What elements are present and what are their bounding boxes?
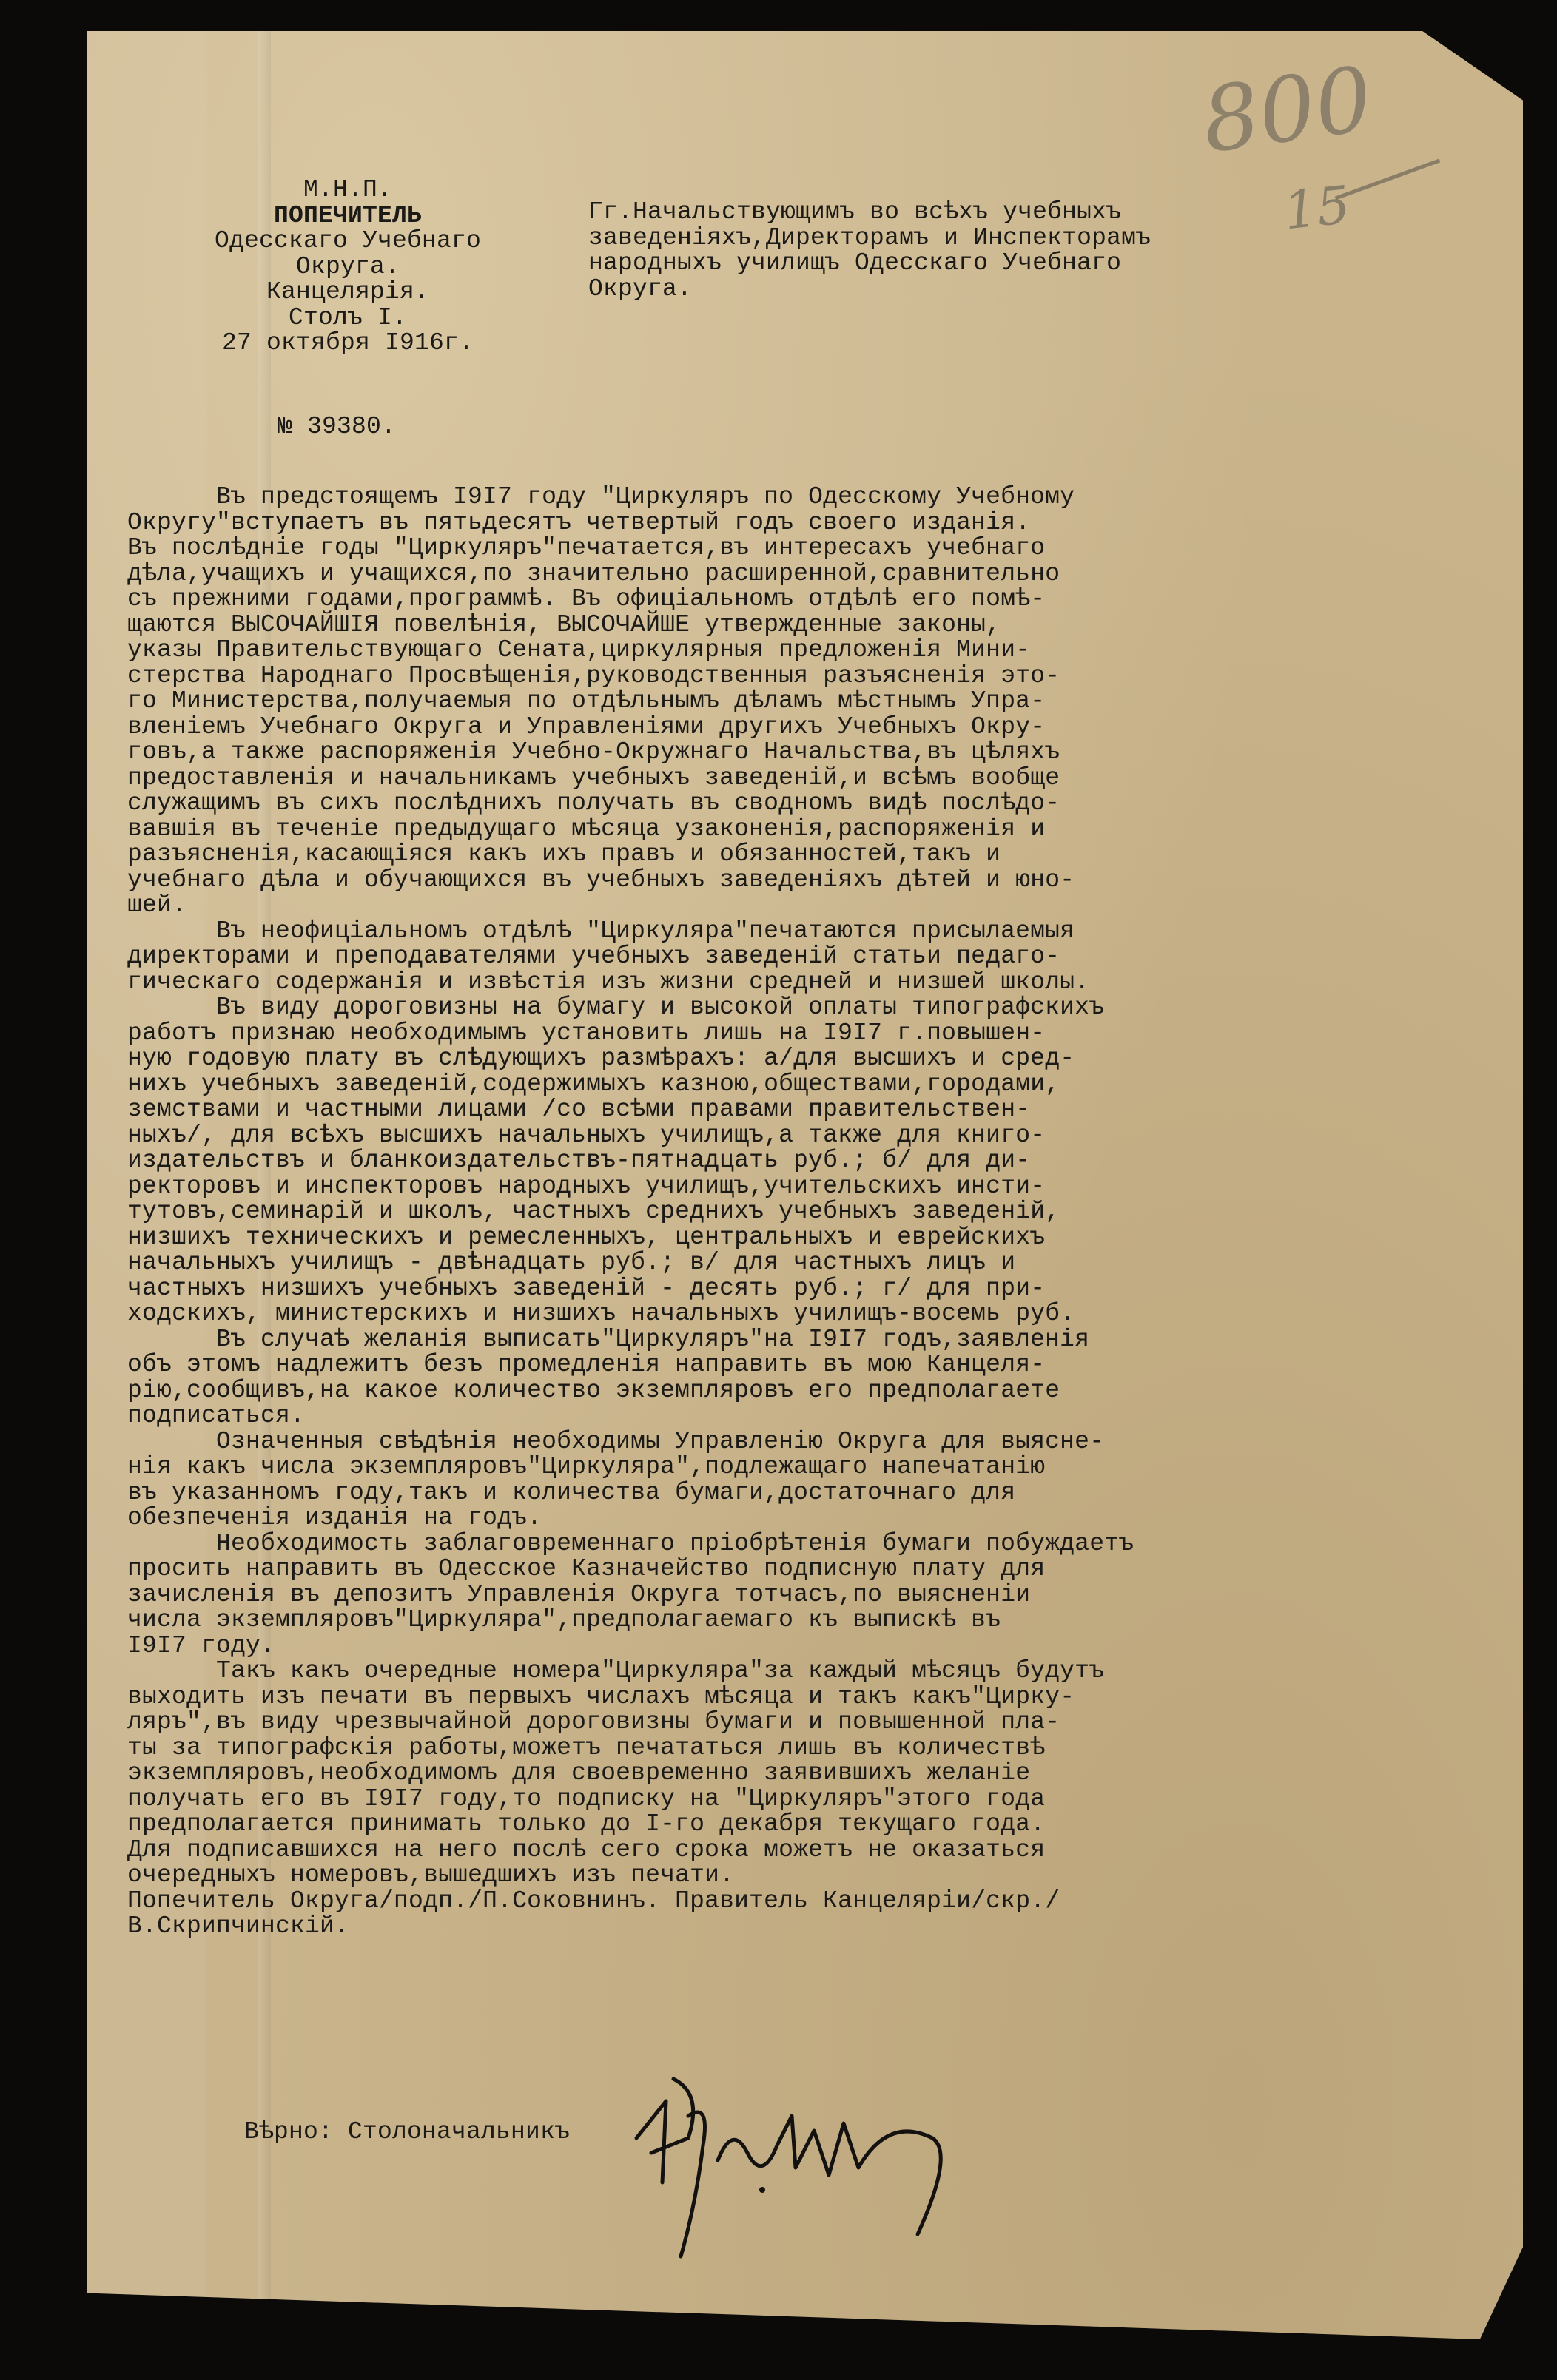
- document-number: № 39380.: [278, 414, 396, 440]
- addressee-line: Гг.Начальствующимъ во всѣхъ учебныхъ: [588, 200, 1373, 226]
- addressee-line: Округа.: [588, 277, 1373, 303]
- body-line: объ этомъ надлежитъ безъ промедленія нап…: [127, 1352, 1415, 1378]
- body-line: В.Скрипчинскій.: [127, 1914, 1415, 1940]
- body-line: учебнаго дѣла и обучающихся въ учебныхъ …: [127, 868, 1415, 894]
- body-line: работъ признаю необходимымъ установить л…: [127, 1021, 1415, 1047]
- body-line: Означенныя свѣдѣнія необходимы Управлені…: [127, 1429, 1415, 1455]
- body-line: получать его въ I9I7 году,то подписку на…: [127, 1787, 1415, 1813]
- addressee-line: народныхъ училищъ Одесскаго Учебнаго: [588, 251, 1373, 277]
- certification-line: Вѣрно: Столоначальникъ: [244, 2120, 570, 2145]
- body-line: ную годовую плату въ слѣдующихъ размѣрах…: [127, 1046, 1415, 1072]
- body-line: Попечитель Округа/подп./П.Соковнинъ. Пра…: [127, 1889, 1415, 1915]
- body-line: въ указанномъ году,такъ и количества бум…: [127, 1480, 1415, 1506]
- body-line: шей.: [127, 893, 1415, 919]
- body-line: обезпеченія изданія на годъ.: [127, 1506, 1415, 1531]
- body-line: Такъ какъ очередные номера"Циркуляра"за …: [127, 1659, 1415, 1685]
- body-line: рію,сообщивъ,на какое количество экземпл…: [127, 1378, 1415, 1404]
- body-line: нихъ учебныхъ заведеній,содержимыхъ казн…: [127, 1072, 1415, 1098]
- body-line: Въ неофиціальномъ отдѣлѣ "Циркуляра"печа…: [127, 919, 1415, 945]
- document-body: Въ предстоящемъ I9I7 году "Циркуляръ по …: [127, 485, 1415, 1940]
- body-line: земствами и частными лицами /со всѣми пр…: [127, 1097, 1415, 1123]
- sender-line: Одесскаго Учебнаго: [185, 229, 511, 254]
- body-line: Въ случаѣ желанія выписать"Циркуляръ"на …: [127, 1327, 1415, 1353]
- body-line: дѣла,учащихъ и учащихся,по значительно р…: [127, 562, 1415, 587]
- body-line: стерства Народнаго Просвѣщенія,руководст…: [127, 664, 1415, 690]
- body-line: зачисленія въ депозитъ Управленія Округа…: [127, 1582, 1415, 1608]
- body-line: числа экземпляровъ"Циркуляра",предполага…: [127, 1608, 1415, 1634]
- body-line: щаются ВЫСОЧАЙШІЯ повелѣнія, ВЫСОЧАЙШЕ у…: [127, 613, 1415, 638]
- body-line: Для подписавшихся на него послѣ сего сро…: [127, 1838, 1415, 1864]
- body-line: го Министерства,получаемыя по отдѣльнымъ…: [127, 689, 1415, 715]
- body-line: указы Правительствующаго Сената,циркуляр…: [127, 638, 1415, 664]
- body-line: ходскихъ, министерскихъ и низшихъ началь…: [127, 1301, 1415, 1327]
- body-line: очередныхъ номеровъ,вышедшихъ изъ печати…: [127, 1863, 1415, 1889]
- sender-block: М.Н.П. ПОПЕЧИТЕЛЬ Одесскаго Учебнаго Окр…: [185, 178, 511, 357]
- body-line: начальныхъ училищъ - двѣнадцать руб.; в/…: [127, 1250, 1415, 1276]
- body-line: экземпляровъ,необходимомъ для своевремен…: [127, 1761, 1415, 1787]
- addressee-line: заведеніяхъ,Директорамъ и Инспекторамъ: [588, 226, 1373, 252]
- body-line: говъ,а также распоряженія Учебно-Окружна…: [127, 740, 1415, 766]
- body-line: просить направить въ Одесское Казначейст…: [127, 1557, 1415, 1582]
- body-line: Въ предстоящемъ I9I7 году "Циркуляръ по …: [127, 485, 1415, 510]
- body-line: Въ виду дороговизны на бумагу и высокой …: [127, 995, 1415, 1021]
- body-line: разъясненія,касающіяся какъ ихъ правъ и …: [127, 842, 1415, 868]
- body-line: съ прежними годами,программѣ. Въ офиціал…: [127, 587, 1415, 613]
- signature-icon: [622, 2071, 1080, 2264]
- sender-line: М.Н.П.: [185, 178, 511, 203]
- body-line: директорами и преподавателями учебныхъ з…: [127, 944, 1415, 970]
- body-line: вленіемъ Учебнаго Округа и Управленіями …: [127, 715, 1415, 741]
- body-line: нія какъ числа экземпляровъ"Циркуляра",п…: [127, 1454, 1415, 1480]
- body-line: гическаго содержанія и извѣстія изъ жизн…: [127, 970, 1415, 996]
- body-line: Въ послѣдніе годы "Циркуляръ"печатается,…: [127, 536, 1415, 562]
- sender-line: ПОПЕЧИТЕЛЬ: [185, 203, 511, 229]
- body-line: ляръ",въ виду чрезвычайной дороговизны б…: [127, 1710, 1415, 1736]
- body-line: вавшія въ теченіе предыдущаго мѣсяца уза…: [127, 817, 1415, 843]
- body-line: ты за типографскія работы,можетъ печатат…: [127, 1736, 1415, 1762]
- body-line: предоставленія и начальникамъ учебныхъ з…: [127, 766, 1415, 792]
- body-line: частныхъ низшихъ учебныхъ заведеній - де…: [127, 1276, 1415, 1302]
- sender-line: Канцелярія.: [185, 280, 511, 306]
- body-line: ныхъ/, для всѣхъ высшихъ начальныхъ учил…: [127, 1123, 1415, 1149]
- body-line: I9I7 году.: [127, 1634, 1415, 1659]
- sender-line: Столъ I.: [185, 306, 511, 331]
- sender-line: Округа.: [185, 254, 511, 280]
- body-line: Округу"вступаетъ въ пятьдесятъ четвертый…: [127, 510, 1415, 536]
- body-line: предполагается принимать только до I-го …: [127, 1812, 1415, 1838]
- body-line: выходить изъ печати въ первыхъ числахъ м…: [127, 1685, 1415, 1710]
- document-date: 27 октября I916г.: [185, 331, 511, 357]
- body-line: низшихъ техническихъ и ремесленныхъ, цен…: [127, 1225, 1415, 1251]
- body-line: ректоровъ и инспекторовъ народныхъ учили…: [127, 1174, 1415, 1200]
- body-line: служащимъ въ сихъ послѣднихъ получать въ…: [127, 791, 1415, 817]
- body-line: тутовъ,семинарій и школъ, частныхъ средн…: [127, 1199, 1415, 1225]
- body-line: издательствъ и бланкоиздательствъ-пятнад…: [127, 1148, 1415, 1174]
- body-line: Необходимость заблаговременнаго пріобрѣт…: [127, 1531, 1415, 1557]
- addressee-block: Гг.Начальствующимъ во всѣхъ учебныхъ зав…: [588, 200, 1373, 302]
- body-line: подписаться.: [127, 1403, 1415, 1429]
